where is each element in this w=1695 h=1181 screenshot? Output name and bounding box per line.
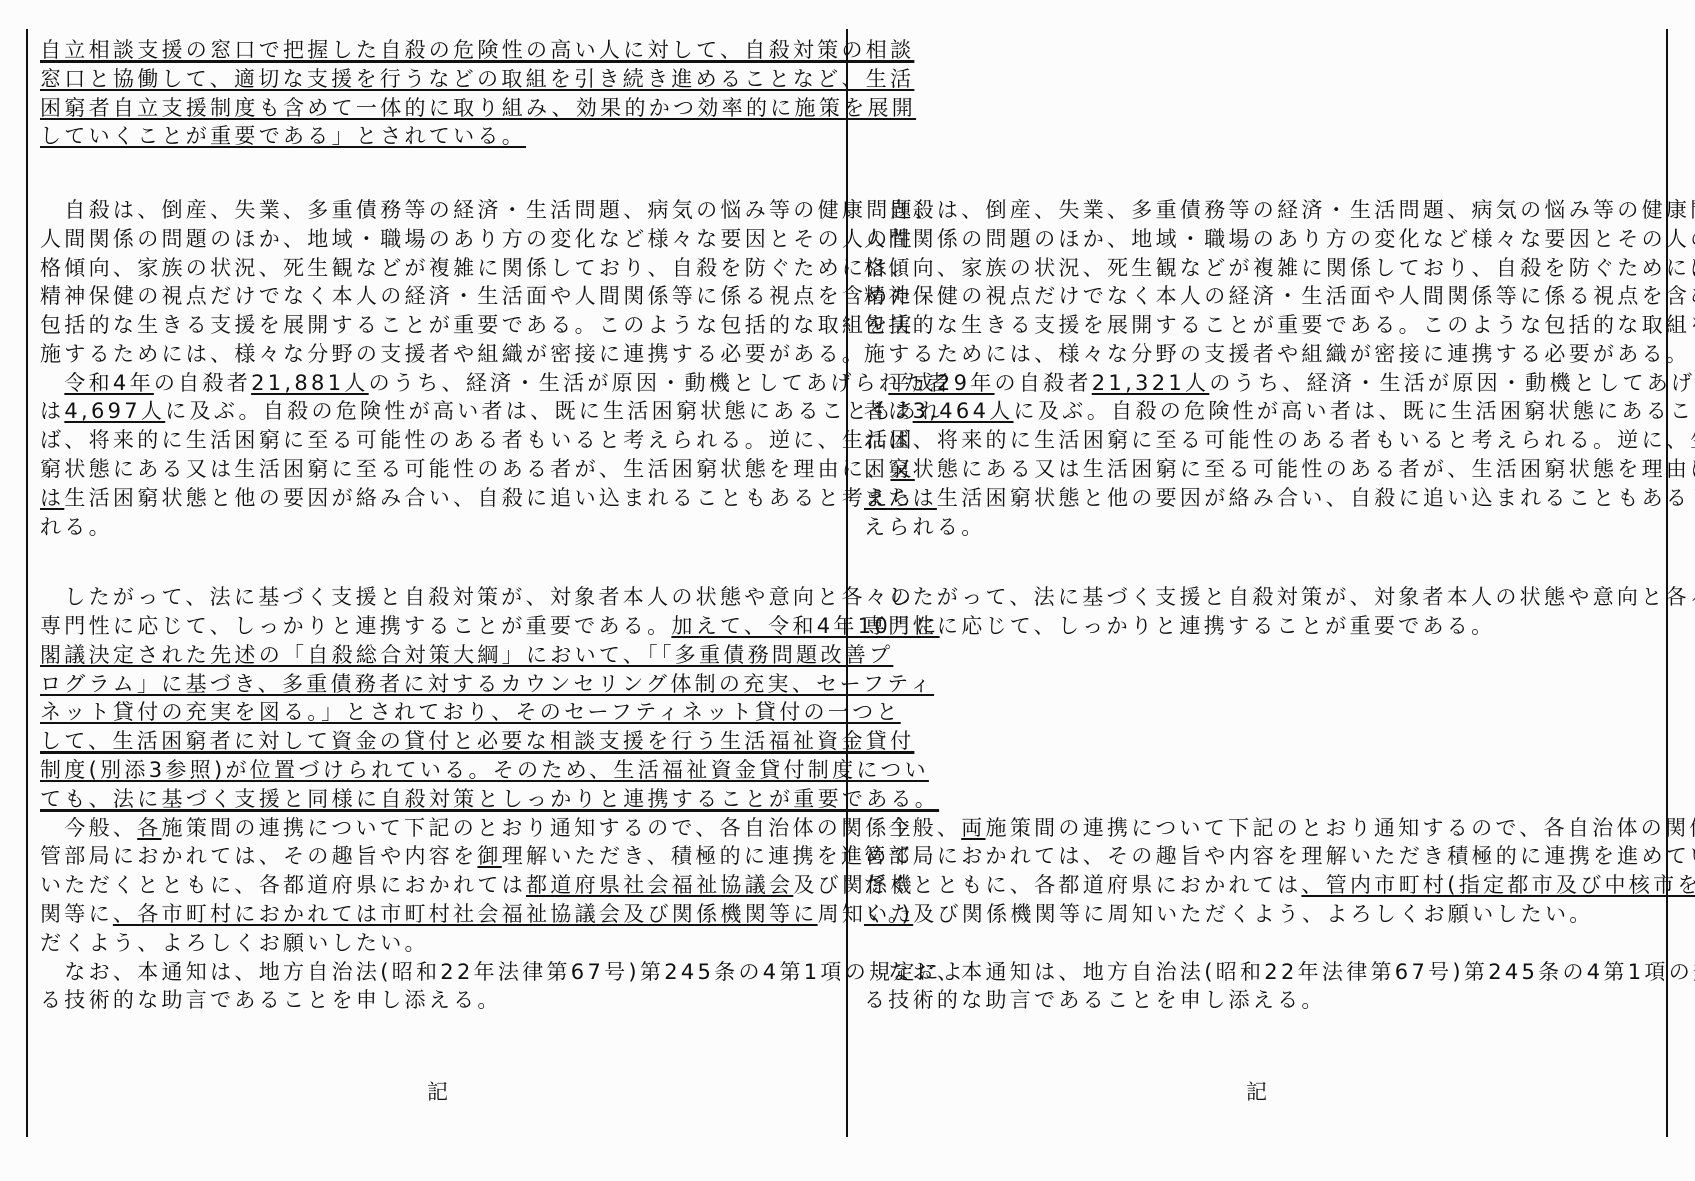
text-segment: 包括的な生きる支援を展開することが重要である。このような包括的な取組を実 xyxy=(40,313,915,337)
underlined-revision-text: ても、法に基づく支援と同様に自殺対策としっかりと連携することが重要である。 xyxy=(40,787,939,811)
underlined-revision-text: 都道府県社会福祉協議会 xyxy=(526,873,793,897)
text-segment: る技術的な助言であることを申し添える。 xyxy=(864,988,1326,1012)
text-segment: 管部局におかれては、その趣旨や内容を xyxy=(40,844,477,868)
text-segment: 施するためには、様々な分野の支援者や組織が密接に連携する必要がある。 xyxy=(40,342,866,366)
text-line: る技術的な助言であることを申し添える。 xyxy=(40,986,502,1014)
text-line: なお、本通知は、地方自治法(昭和22年法律第67号)第245条の4第1項の規定に… xyxy=(40,958,966,986)
text-segment xyxy=(40,371,64,395)
text-line: 包括的な生きる支援を展開することが重要である。このような包括的な取組を実 xyxy=(40,311,915,339)
underlined-revision-text: 閣議決定された先述の「自殺総合対策大綱」において、「「多重債務問題改善プ xyxy=(40,643,893,667)
text-line: だくとともに、各都道府県におかれては、管内市町村(指定都市及び中核市を除 xyxy=(864,871,1695,899)
text-segment: だくとともに、各都道府県におかれては xyxy=(864,873,1301,897)
underlined-revision-text: 21,321人 xyxy=(1092,371,1210,395)
text-line: だくよう、よろしくお願いしたい。 xyxy=(40,929,429,957)
text-segment: 窮状態にある又は生活困窮に至る可能性のある者が、生活困窮状態を理由に、 xyxy=(40,457,891,481)
text-line: または生活困窮状態と他の要因が絡み合い、自殺に追い込まれることもあると考 xyxy=(864,484,1695,512)
left-border-rule xyxy=(26,29,28,1137)
text-segment: のうち、経済・生活が原因・動機としてあげられた xyxy=(1209,371,1695,395)
text-line: 関等に、各市町村におかれては市町村社会福祉協議会及び関係機関等に周知いた xyxy=(40,900,915,928)
text-line: 人間関係の問題のほか、地域・職場のあり方の変化など様々な要因とその人の性 xyxy=(864,225,1695,253)
text-line: 精神保健の視点だけでなく本人の経済・生活面や人間関係等に係る視点を含めた xyxy=(40,282,915,310)
text-segment: 管部局におかれては、その趣旨や内容を理解いただき積極的に連携を進めていた xyxy=(864,844,1695,868)
underlined-revision-text: 各 xyxy=(137,816,161,840)
text-line: えられる。 xyxy=(864,513,986,541)
underlined-revision-text: 自立相談支援の窓口で把握した自殺の危険性の高い人に対して、自殺対策の相談 xyxy=(40,38,914,62)
underlined-revision-text: 制度(別添3参照)が位置づけられている。そのため、生活福祉資金貸付制度につい xyxy=(40,758,929,782)
text-line: して、生活困窮者に対して資金の貸付と必要な相談支援を行う生活福祉資金貸付 xyxy=(40,727,914,755)
text-segment: に及ぶ。自殺の危険性が高い者は、既に生活困窮状態にあることもあ xyxy=(1014,399,1695,423)
text-segment: したがって、法に基づく支援と自殺対策が、対象者本人の状態や意向と各々の xyxy=(864,585,1695,609)
revised-text-column: 自立相談支援の窓口で把握した自殺の危険性の高い人に対して、自殺対策の相談窓口と協… xyxy=(40,0,840,1181)
ki-heading-right: 記 xyxy=(1246,1078,1267,1106)
underlined-revision-text: または xyxy=(864,486,937,510)
text-line: 閣議決定された先述の「自殺総合対策大綱」において、「「多重債務問題改善プ xyxy=(40,641,893,669)
text-line: 困窮者自立支援制度も含めて一体的に取り組み、効果的かつ効率的に施策を展開 xyxy=(40,94,916,122)
text-segment: に及ぶ。自殺の危険性が高い者は、既に生活困窮状態にあることもあれ xyxy=(165,399,943,423)
text-segment: 今般、 xyxy=(864,816,961,840)
text-line: 令和4年の自殺者21,881人のうち、経済・生活が原因・動機としてあげられた者 xyxy=(40,369,952,397)
underlined-revision-text: ネット貸付の充実を図る。」とされており、そのセーフティネット貸付の一つと xyxy=(40,700,901,724)
text-line: 困窮状態にある又は生活困窮に至る可能性のある者が、生活困窮状態を理由に、 xyxy=(864,455,1695,483)
underlined-revision-text: して、生活困窮者に対して資金の貸付と必要な相談支援を行う生活福祉資金貸付 xyxy=(40,729,914,753)
text-line: 施するためには、様々な分野の支援者や組織が密接に連携する必要がある。 xyxy=(40,340,866,368)
text-segment: の自殺者 xyxy=(154,371,251,395)
text-segment: ば、将来的に生活困窮に至る可能性のある者もいると考えられる。逆に、生活困 xyxy=(40,428,915,452)
text-segment: だくよう、よろしくお願いしたい。 xyxy=(40,931,429,955)
text-segment: 専門性に応じて、しっかりと連携することが重要である。 xyxy=(40,614,671,638)
text-line: 自殺は、倒産、失業、多重債務等の経済・生活問題、病気の悩み等の健康問題、 xyxy=(864,196,1695,224)
text-line: したがって、法に基づく支援と自殺対策が、対象者本人の状態や意向と各々の xyxy=(864,583,1695,611)
underlined-revision-text: 4,697人 xyxy=(64,399,165,423)
underlined-revision-text: 御 xyxy=(477,844,501,868)
ki-heading-left: 記 xyxy=(427,1078,448,1106)
current-text-column: 自殺は、倒産、失業、多重債務等の経済・生活問題、病気の悩み等の健康問題、人間関係… xyxy=(864,0,1664,1181)
text-line: 格傾向、家族の状況、死生観などが複雑に関係しており、自殺を防ぐためには、 xyxy=(864,254,1695,282)
text-segment: 専門性に応じて、しっかりと連携することが重要である。 xyxy=(864,614,1495,638)
text-line: く。)及び関係機関等に周知いただくよう、よろしくお願いしたい。 xyxy=(864,900,1594,928)
text-line: 専門性に応じて、しっかりと連携することが重要である。 xyxy=(864,612,1495,640)
text-segment: は xyxy=(40,399,64,423)
text-line: 専門性に応じて、しっかりと連携することが重要である。加えて、令和4年10月に xyxy=(40,612,940,640)
text-line: れる。 xyxy=(40,513,113,541)
text-line: 包括的な生きる支援を展開することが重要である。このような包括的な取組を実 xyxy=(864,311,1695,339)
underlined-revision-text: 困窮者自立支援制度も含めて一体的に取り組み、効果的かつ効率的に施策を展開 xyxy=(40,96,916,120)
text-segment: 自殺は、倒産、失業、多重債務等の経済・生活問題、病気の悩み等の健康問題、 xyxy=(864,198,1695,222)
text-line: 精神保健の視点だけでなく本人の経済・生活面や人間関係等に係る視点を含めた xyxy=(864,282,1695,310)
text-line: 今般、両施策間の連携について下記のとおり通知するので、各自治体の関係主 xyxy=(864,814,1695,842)
text-line: ば、将来的に生活困窮に至る可能性のある者もいると考えられる。逆に、生活困 xyxy=(40,426,915,454)
underlined-revision-text: 3,464人 xyxy=(913,399,1014,423)
text-segment: なお、本通知は、地方自治法(昭和22年法律第67号)第245条の4第1項の規定に… xyxy=(864,960,1695,984)
underlined-revision-text: 令和4年 xyxy=(64,371,154,395)
underlined-revision-text: ログラム」に基づき、多重債務者に対するカウンセリング体制の充実、セーフティ xyxy=(40,672,934,696)
underlined-revision-text: 両 xyxy=(961,816,985,840)
text-line: 平成29年の自殺者21,321人のうち、経済・生活が原因・動機としてあげられた xyxy=(864,369,1695,397)
text-segment: 施策間の連携について下記のとおり通知するので、各自治体の関係主 xyxy=(986,816,1695,840)
underlined-revision-text: 、管内市町村(指定都市及び中核市を除 xyxy=(1301,873,1695,897)
text-segment: れる。 xyxy=(40,515,113,539)
underlined-revision-text: していくことが重要である」とされている。 xyxy=(40,124,526,148)
text-segment: 今般、 xyxy=(40,816,137,840)
text-line: なお、本通知は、地方自治法(昭和22年法律第67号)第245条の4第1項の規定に… xyxy=(864,958,1695,986)
text-segment: 関等に xyxy=(40,902,113,926)
text-line: 管部局におかれては、その趣旨や内容を御理解いただき、積極的に連携を進めて xyxy=(40,842,914,870)
text-segment: えられる。 xyxy=(864,515,986,539)
text-segment: 者は xyxy=(864,399,913,423)
text-segment: る技術的な助言であることを申し添える。 xyxy=(40,988,502,1012)
text-line: いただくとともに、各都道府県におかれては都道府県社会福祉協議会及び関係機 xyxy=(40,871,915,899)
text-line: 施するためには、様々な分野の支援者や組織が密接に連携する必要がある。 xyxy=(864,340,1690,368)
text-line: 格傾向、家族の状況、死生観などが複雑に関係しており、自殺を防ぐためには、 xyxy=(40,254,915,282)
text-segment: 困窮状態にある又は生活困窮に至る可能性のある者が、生活困窮状態を理由に、 xyxy=(864,457,1695,481)
text-segment: いただくとともに、各都道府県におかれては xyxy=(40,873,526,897)
underlined-revision-text: く。) xyxy=(864,902,913,926)
text-segment: 理解いただき、積極的に連携を進めて xyxy=(502,844,914,868)
text-line: は生活困窮状態と他の要因が絡み合い、自殺に追い込まれることもあると考えら xyxy=(40,484,915,512)
text-line: れば、将来的に生活困窮に至る可能性のある者もいると考えられる。逆に、生活 xyxy=(864,426,1695,454)
text-segment: 生活困窮状態と他の要因が絡み合い、自殺に追い込まれることもあると考 xyxy=(937,486,1695,510)
text-segment xyxy=(864,371,888,395)
text-segment: 包括的な生きる支援を展開することが重要である。このような包括的な取組を実 xyxy=(864,313,1695,337)
text-segment: 精神保健の視点だけでなく本人の経済・生活面や人間関係等に係る視点を含めた xyxy=(864,284,1695,308)
text-line: 自立相談支援の窓口で把握した自殺の危険性の高い人に対して、自殺対策の相談 xyxy=(40,36,914,64)
text-segment: の自殺者 xyxy=(995,371,1092,395)
text-segment: 格傾向、家族の状況、死生観などが複雑に関係しており、自殺を防ぐためには、 xyxy=(864,256,1695,280)
text-segment: 自殺は、倒産、失業、多重債務等の経済・生活問題、病気の悩み等の健康問題、 xyxy=(40,198,939,222)
text-line: したがって、法に基づく支援と自殺対策が、対象者本人の状態や意向と各々の xyxy=(40,583,914,611)
text-segment: したがって、法に基づく支援と自殺対策が、対象者本人の状態や意向と各々の xyxy=(40,585,914,609)
text-segment: 施するためには、様々な分野の支援者や組織が密接に連携する必要がある。 xyxy=(864,342,1690,366)
text-line: 窓口と協働して、適切な支援を行うなどの取組を引き続き進めることなど、生活 xyxy=(40,65,914,93)
underlined-revision-text: 窓口と協働して、適切な支援を行うなどの取組を引き続き進めることなど、生活 xyxy=(40,67,914,91)
underlined-revision-text: 、各市町村におかれては市町村社会福祉協議会及び関係機関等に xyxy=(113,902,818,926)
text-segment: 及び関係機関等に周知いただくよう、よろしくお願いしたい。 xyxy=(913,902,1593,926)
text-line: 制度(別添3参照)が位置づけられている。そのため、生活福祉資金貸付制度につい xyxy=(40,756,929,784)
text-line: 人間関係の問題のほか、地域・職場のあり方の変化など様々な要因とその人の性 xyxy=(40,225,915,253)
underlined-revision-text: 平成29年 xyxy=(888,371,994,395)
text-line: 自殺は、倒産、失業、多重債務等の経済・生活問題、病気の悩み等の健康問題、 xyxy=(40,196,939,224)
text-line: していくことが重要である」とされている。 xyxy=(40,122,526,150)
text-segment: なお、本通知は、地方自治法(昭和22年法律第67号)第245条の4第1項の規定に… xyxy=(40,960,966,984)
text-segment: 精神保健の視点だけでなく本人の経済・生活面や人間関係等に係る視点を含めた xyxy=(40,284,915,308)
text-segment: 人間関係の問題のほか、地域・職場のあり方の変化など様々な要因とその人の性 xyxy=(864,227,1695,251)
text-segment: 人間関係の問題のほか、地域・職場のあり方の変化など様々な要因とその人の性 xyxy=(40,227,915,251)
text-line: は4,697人に及ぶ。自殺の危険性が高い者は、既に生活困窮状態にあることもあれ xyxy=(40,397,943,425)
text-segment: 生活困窮状態と他の要因が絡み合い、自殺に追い込まれることもあると考えら xyxy=(64,486,915,510)
text-segment: 施策間の連携について下記のとおり通知するので、各自治体の関係主 xyxy=(162,816,914,840)
text-line: 者は3,464人に及ぶ。自殺の危険性が高い者は、既に生活困窮状態にあることもあ xyxy=(864,397,1695,425)
text-line: 管部局におかれては、その趣旨や内容を理解いただき積極的に連携を進めていた xyxy=(864,842,1695,870)
text-line: ネット貸付の充実を図る。」とされており、そのセーフティネット貸付の一つと xyxy=(40,698,901,726)
text-line: 窮状態にある又は生活困窮に至る可能性のある者が、生活困窮状態を理由に、又 xyxy=(40,455,915,483)
text-segment: 格傾向、家族の状況、死生観などが複雑に関係しており、自殺を防ぐためには、 xyxy=(40,256,915,280)
text-segment: れば、将来的に生活困窮に至る可能性のある者もいると考えられる。逆に、生活 xyxy=(864,428,1695,452)
text-line: る技術的な助言であることを申し添える。 xyxy=(864,986,1326,1014)
text-line: 今般、各施策間の連携について下記のとおり通知するので、各自治体の関係主 xyxy=(40,814,914,842)
text-line: ログラム」に基づき、多重債務者に対するカウンセリング体制の充実、セーフティ xyxy=(40,670,934,698)
underlined-revision-text: 21,881人 xyxy=(251,371,369,395)
underlined-revision-text: は xyxy=(40,486,64,510)
text-line: ても、法に基づく支援と同様に自殺対策としっかりと連携することが重要である。 xyxy=(40,785,939,813)
